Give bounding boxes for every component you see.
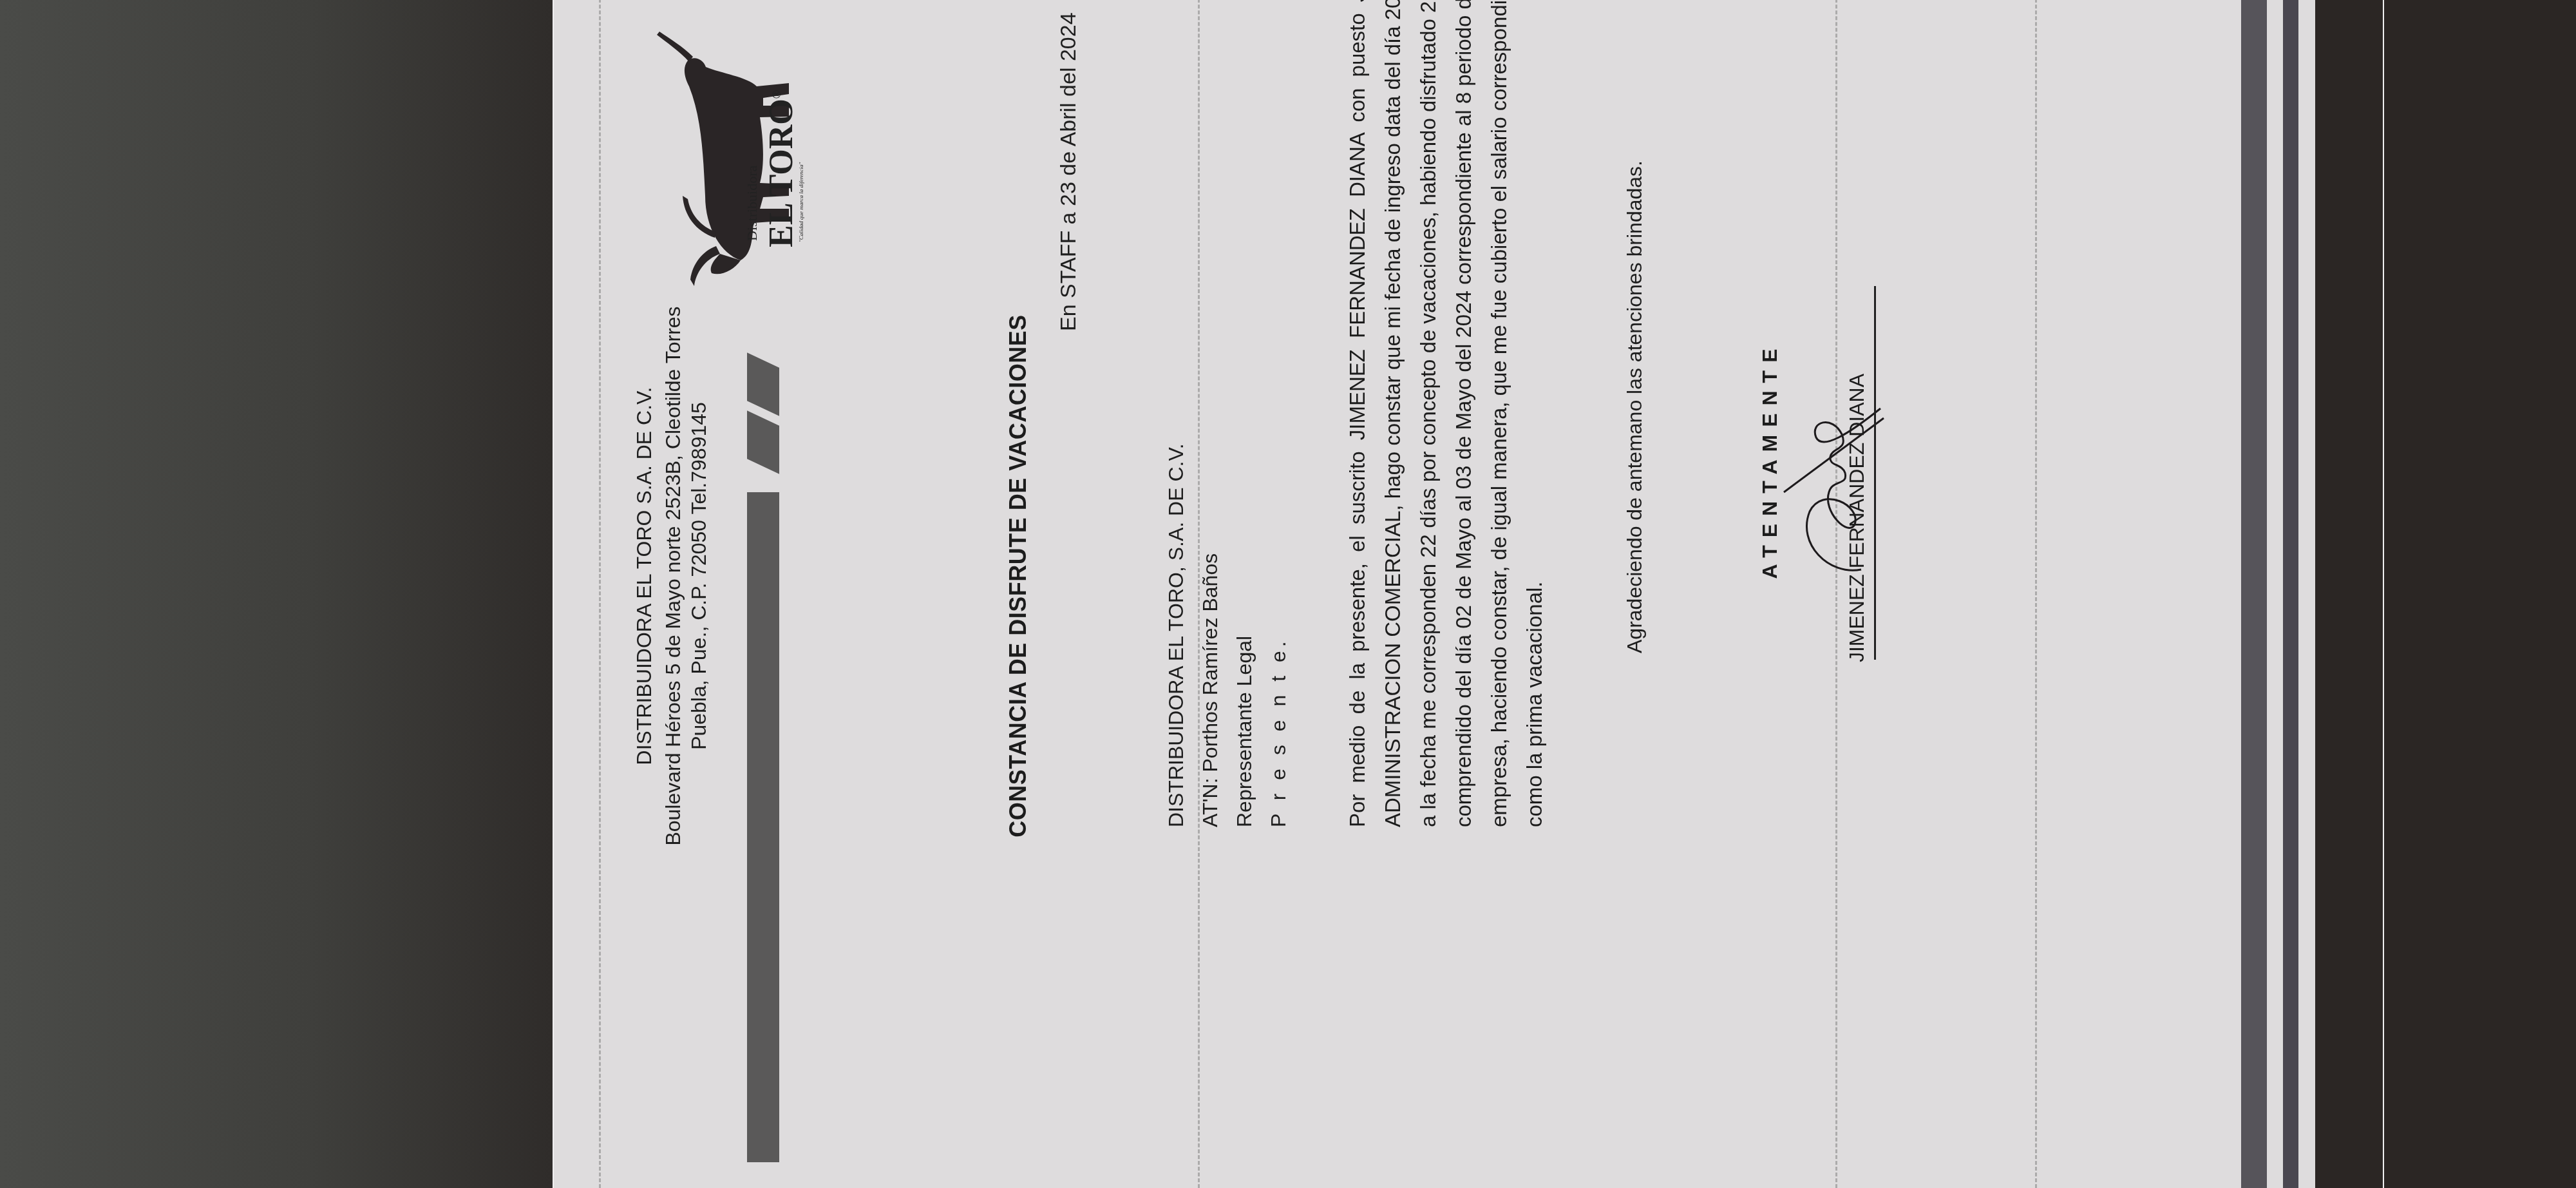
body-line: ADMINISTRACION COMERCIAL, hago constar q… [1375, 0, 1410, 827]
place-date: En STAFF a 23 de Abril del 2024 [1056, 0, 1081, 331]
brand-bar-segment [747, 352, 779, 416]
closing-thanks: Agradeciendo de antemano las atenciones … [1623, 160, 1647, 653]
recipient-block: DISTRIBUIDORA EL TORO, S.A. DE C.V. AT'N… [1159, 443, 1296, 827]
recipient-company: DISTRIBUIDORA EL TORO, S.A. DE C.V. [1159, 443, 1193, 827]
body-line: Por medio de la presente, el suscrito JI… [1340, 0, 1375, 827]
registered-mark: ® [770, 90, 783, 99]
fold-line [599, 0, 601, 1188]
background-surface-right [2383, 0, 2576, 1188]
body-paragraph: Por medio de la presente, el suscrito JI… [1340, 0, 1552, 827]
body-line: a la fecha me corresponden 22 días por c… [1410, 0, 1446, 827]
footer-stripe-thick [2241, 0, 2267, 1188]
brand-bar-segment [747, 410, 779, 474]
recipient-role: Representante Legal [1227, 443, 1262, 827]
body-line: empresa, haciendo constar, de igual mane… [1481, 0, 1517, 827]
logo-brand-text: EL TORO [763, 99, 800, 247]
document-title: CONSTANCIA DE DISFRUTE DE VACACIONES [1005, 0, 1032, 1188]
handwritten-signature-icon [1771, 389, 1887, 582]
signer-name: JIMENEZ FERNANDEZ DIANA [1845, 286, 1869, 750]
page-edge-shadow [2315, 0, 2383, 1188]
logo-wordmark: Distribuidora EL TORO® "Calidad que marc… [744, 90, 804, 247]
signature-line [1874, 286, 1876, 660]
brand-bar-long [747, 492, 779, 1162]
logo-small-text: Distribuidora [744, 90, 761, 241]
body-line: comprendido del día 02 de Mayo al 03 de … [1446, 0, 1481, 827]
fold-line [1835, 0, 1837, 1188]
recipient-attention: AT'N: Porthos Ramírez Baños [1193, 443, 1227, 827]
fold-line [2035, 0, 2037, 1188]
footer-stripe-thin [2283, 0, 2298, 1188]
document-page: DISTRIBUIDORA EL TORO S.A. DE C.V. Boule… [554, 0, 2383, 1188]
body-line: como la prima vacacional. [1517, 0, 1552, 827]
salutation: P r e s e n t e. [1262, 443, 1296, 827]
